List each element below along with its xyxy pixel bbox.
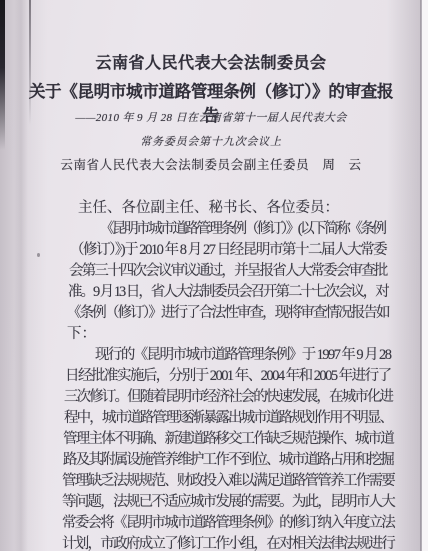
body-text-line: 《昆明市城市道路管理条例（修订）》(以下简称《条例	[71, 219, 394, 240]
body-text-line: 管理缺乏法规规范、财政投入难以满足道路管管养工作需要	[62, 471, 394, 492]
document-body: 主任、各位副主任、秘书长、各位委员：《昆明市城市道路管理条例（修订）》(以下简称…	[62, 198, 394, 551]
body-text-line: 准。9 月 13 日，省人大法制委员会召开第二十七次会议，对	[68, 282, 394, 303]
body-text-line: 程中，城市道路管理逐渐暴露出城市道路规划作用不明显、	[64, 408, 394, 429]
report-subtitle-line2: 常务委员会第十九次会议上	[26, 133, 396, 149]
body-text-line: （修订）》)于 2010 年 8 月 27 日经昆明市第十二届人大常委	[70, 240, 394, 261]
body-text-line: 主任、各位副主任、秘书长、各位委员：	[78, 198, 394, 219]
body-text-line: 会第三十四次会议审议通过，并呈报省人大常委会审查批	[69, 261, 394, 282]
body-text-line: 路及其附属设施管养维护工作不到位、城市道路占用和挖掘	[63, 450, 394, 471]
body-text-line: 管理主体不明确、新建道路移交工作缺乏规范操作、城市道	[63, 429, 394, 450]
body-text-line: 日经批准实施后，分别于 2001 年、2004 年和 2005 年进行了	[65, 366, 394, 387]
scan-right-white-strip	[422, 0, 428, 551]
body-text-line: 现行的《昆明市城市道路管理条例》于 1997 年 9 月 28	[66, 345, 394, 366]
report-speaker: 云南省人民代表大会法制委员会副主任委员 周 云	[26, 155, 396, 173]
body-text-line: 计划，市政府成立了修订工作小组，在对相关法律法规进行	[62, 534, 394, 551]
scan-corner-dark-bar	[0, 0, 5, 150]
body-text-line: 下：	[67, 324, 394, 345]
body-text-line: 《条例（修订）》进行了合法性审查，现将审查情况报告如	[67, 303, 394, 324]
committee-name: 云南省人民代表大会法制委员会	[26, 50, 396, 73]
scan-ink-speck	[37, 253, 40, 257]
body-text-line: 常委会将《昆明市城市道路管理条例》的修订纳入年度立法	[62, 513, 394, 534]
body-text-line: 三次修订。但随着昆明市经济社会的快速发展，在城市化进	[64, 387, 394, 408]
scanned-document-page: 云南省人民代表大会法制委员会 关于《昆明市城市道路管理条例（修订）》的审查报告 …	[0, 0, 428, 551]
report-subtitle-line1: ——2010 年 9 月 28 日在云南省第十一届人民代表大会	[26, 109, 396, 125]
body-text-line: 等问题，法规已不适应城市发展的需要。为此，昆明市人大	[62, 492, 394, 513]
